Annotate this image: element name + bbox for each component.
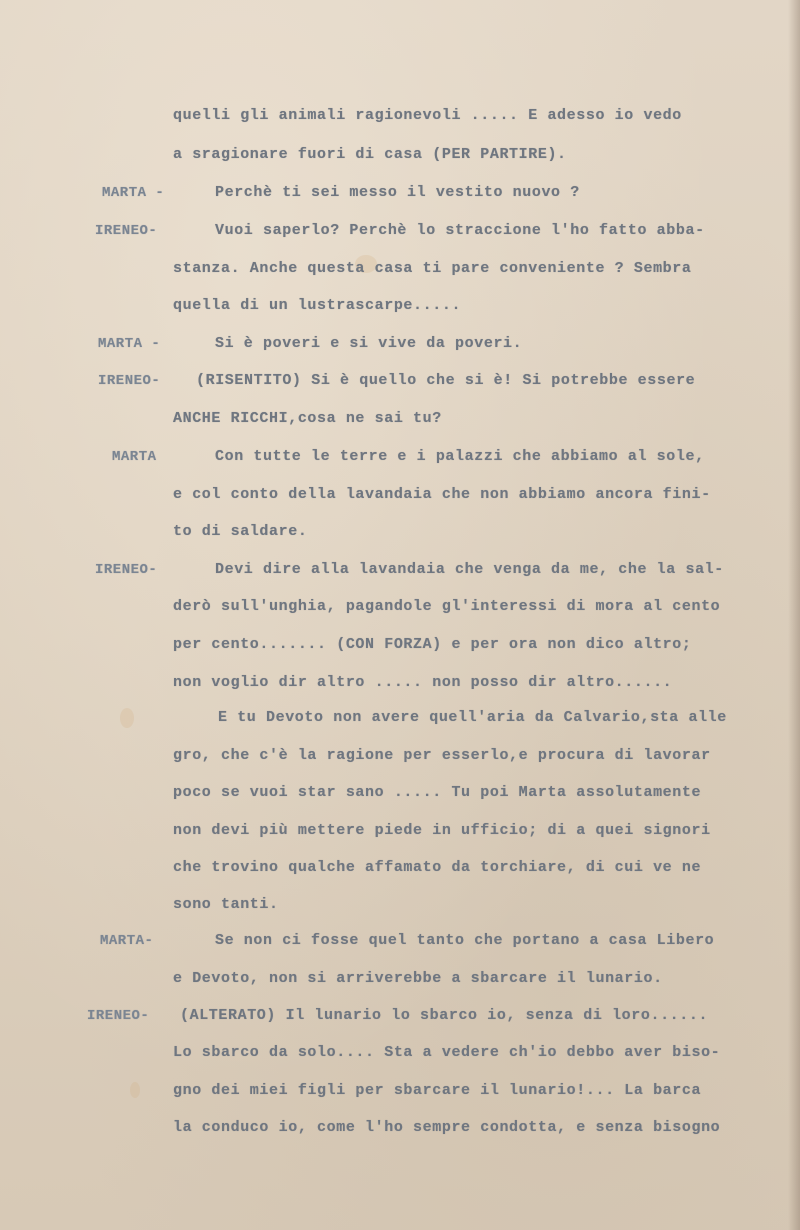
script-line: Devi dire alla lavandaia che venga da me…	[215, 560, 724, 580]
script-line: e col conto della lavandaia che non abbi…	[173, 485, 711, 505]
script-line: Perchè ti sei messo il vestito nuovo ?	[215, 183, 580, 203]
script-line: Con tutte le terre e i palazzi che abbia…	[215, 447, 705, 467]
script-line: Lo sbarco da solo.... Sta a vedere ch'io…	[173, 1043, 720, 1063]
script-line: che trovino qualche affamato da torchiar…	[173, 858, 701, 878]
script-line: ANCHE RICCHI,cosa ne sai tu?	[173, 409, 442, 429]
script-line: stanza. Anche questa casa ti pare conven…	[173, 259, 691, 279]
script-line: Si è poveri e si vive da poveri.	[215, 334, 522, 354]
script-line: sono tanti.	[173, 895, 279, 915]
script-line: gro, che c'è la ragione per esserlo,e pr…	[173, 746, 711, 766]
speaker-name: MARTA	[112, 447, 157, 467]
speaker-name: MARTA-	[100, 931, 153, 951]
script-line: quella di un lustrascarpe.....	[173, 296, 461, 316]
speaker-name: IRENEO-	[95, 560, 157, 580]
script-line: non devi più mettere piede in ufficio; d…	[173, 821, 711, 841]
speaker-name: MARTA -	[102, 183, 164, 203]
script-line: a sragionare fuori di casa (PER PARTIRE)…	[173, 145, 567, 165]
speaker-name: MARTA -	[98, 334, 160, 354]
speaker-name: IRENEO-	[98, 371, 160, 391]
script-line: gno dei miei figli per sbarcare il lunar…	[173, 1081, 701, 1101]
paper-stain	[130, 1082, 140, 1098]
script-line: quelli gli animali ragionevoli ..... E a…	[173, 106, 682, 126]
script-line: to di saldare.	[173, 522, 307, 542]
script-line: non voglio dir altro ..... non posso dir…	[173, 673, 672, 693]
script-line: E tu Devoto non avere quell'aria da Calv…	[218, 708, 727, 728]
script-line: e Devoto, non si arriverebbe a sbarcare …	[173, 969, 663, 989]
script-line: Vuoi saperlo? Perchè lo straccione l'ho …	[215, 221, 705, 241]
script-line: la conduco io, come l'ho sempre condotta…	[173, 1118, 720, 1138]
script-line: derò sull'unghia, pagandole gl'interessi…	[173, 597, 720, 617]
paper-stain	[120, 708, 134, 728]
script-line: poco se vuoi star sano ..... Tu poi Mart…	[173, 783, 701, 803]
script-line: (ALTERATO) Il lunario lo sbarco io, senz…	[180, 1006, 708, 1026]
script-line: (RISENTITO) Si è quello che si è! Si pot…	[196, 371, 695, 391]
script-line: per cento....... (CON FORZA) e per ora n…	[173, 635, 691, 655]
speaker-name: IRENEO-	[95, 221, 157, 241]
script-line: Se non ci fosse quel tanto che portano a…	[215, 931, 714, 951]
document-page: quelli gli animali ragionevoli ..... E a…	[0, 0, 800, 1230]
speaker-name: IRENEO-	[87, 1006, 149, 1026]
